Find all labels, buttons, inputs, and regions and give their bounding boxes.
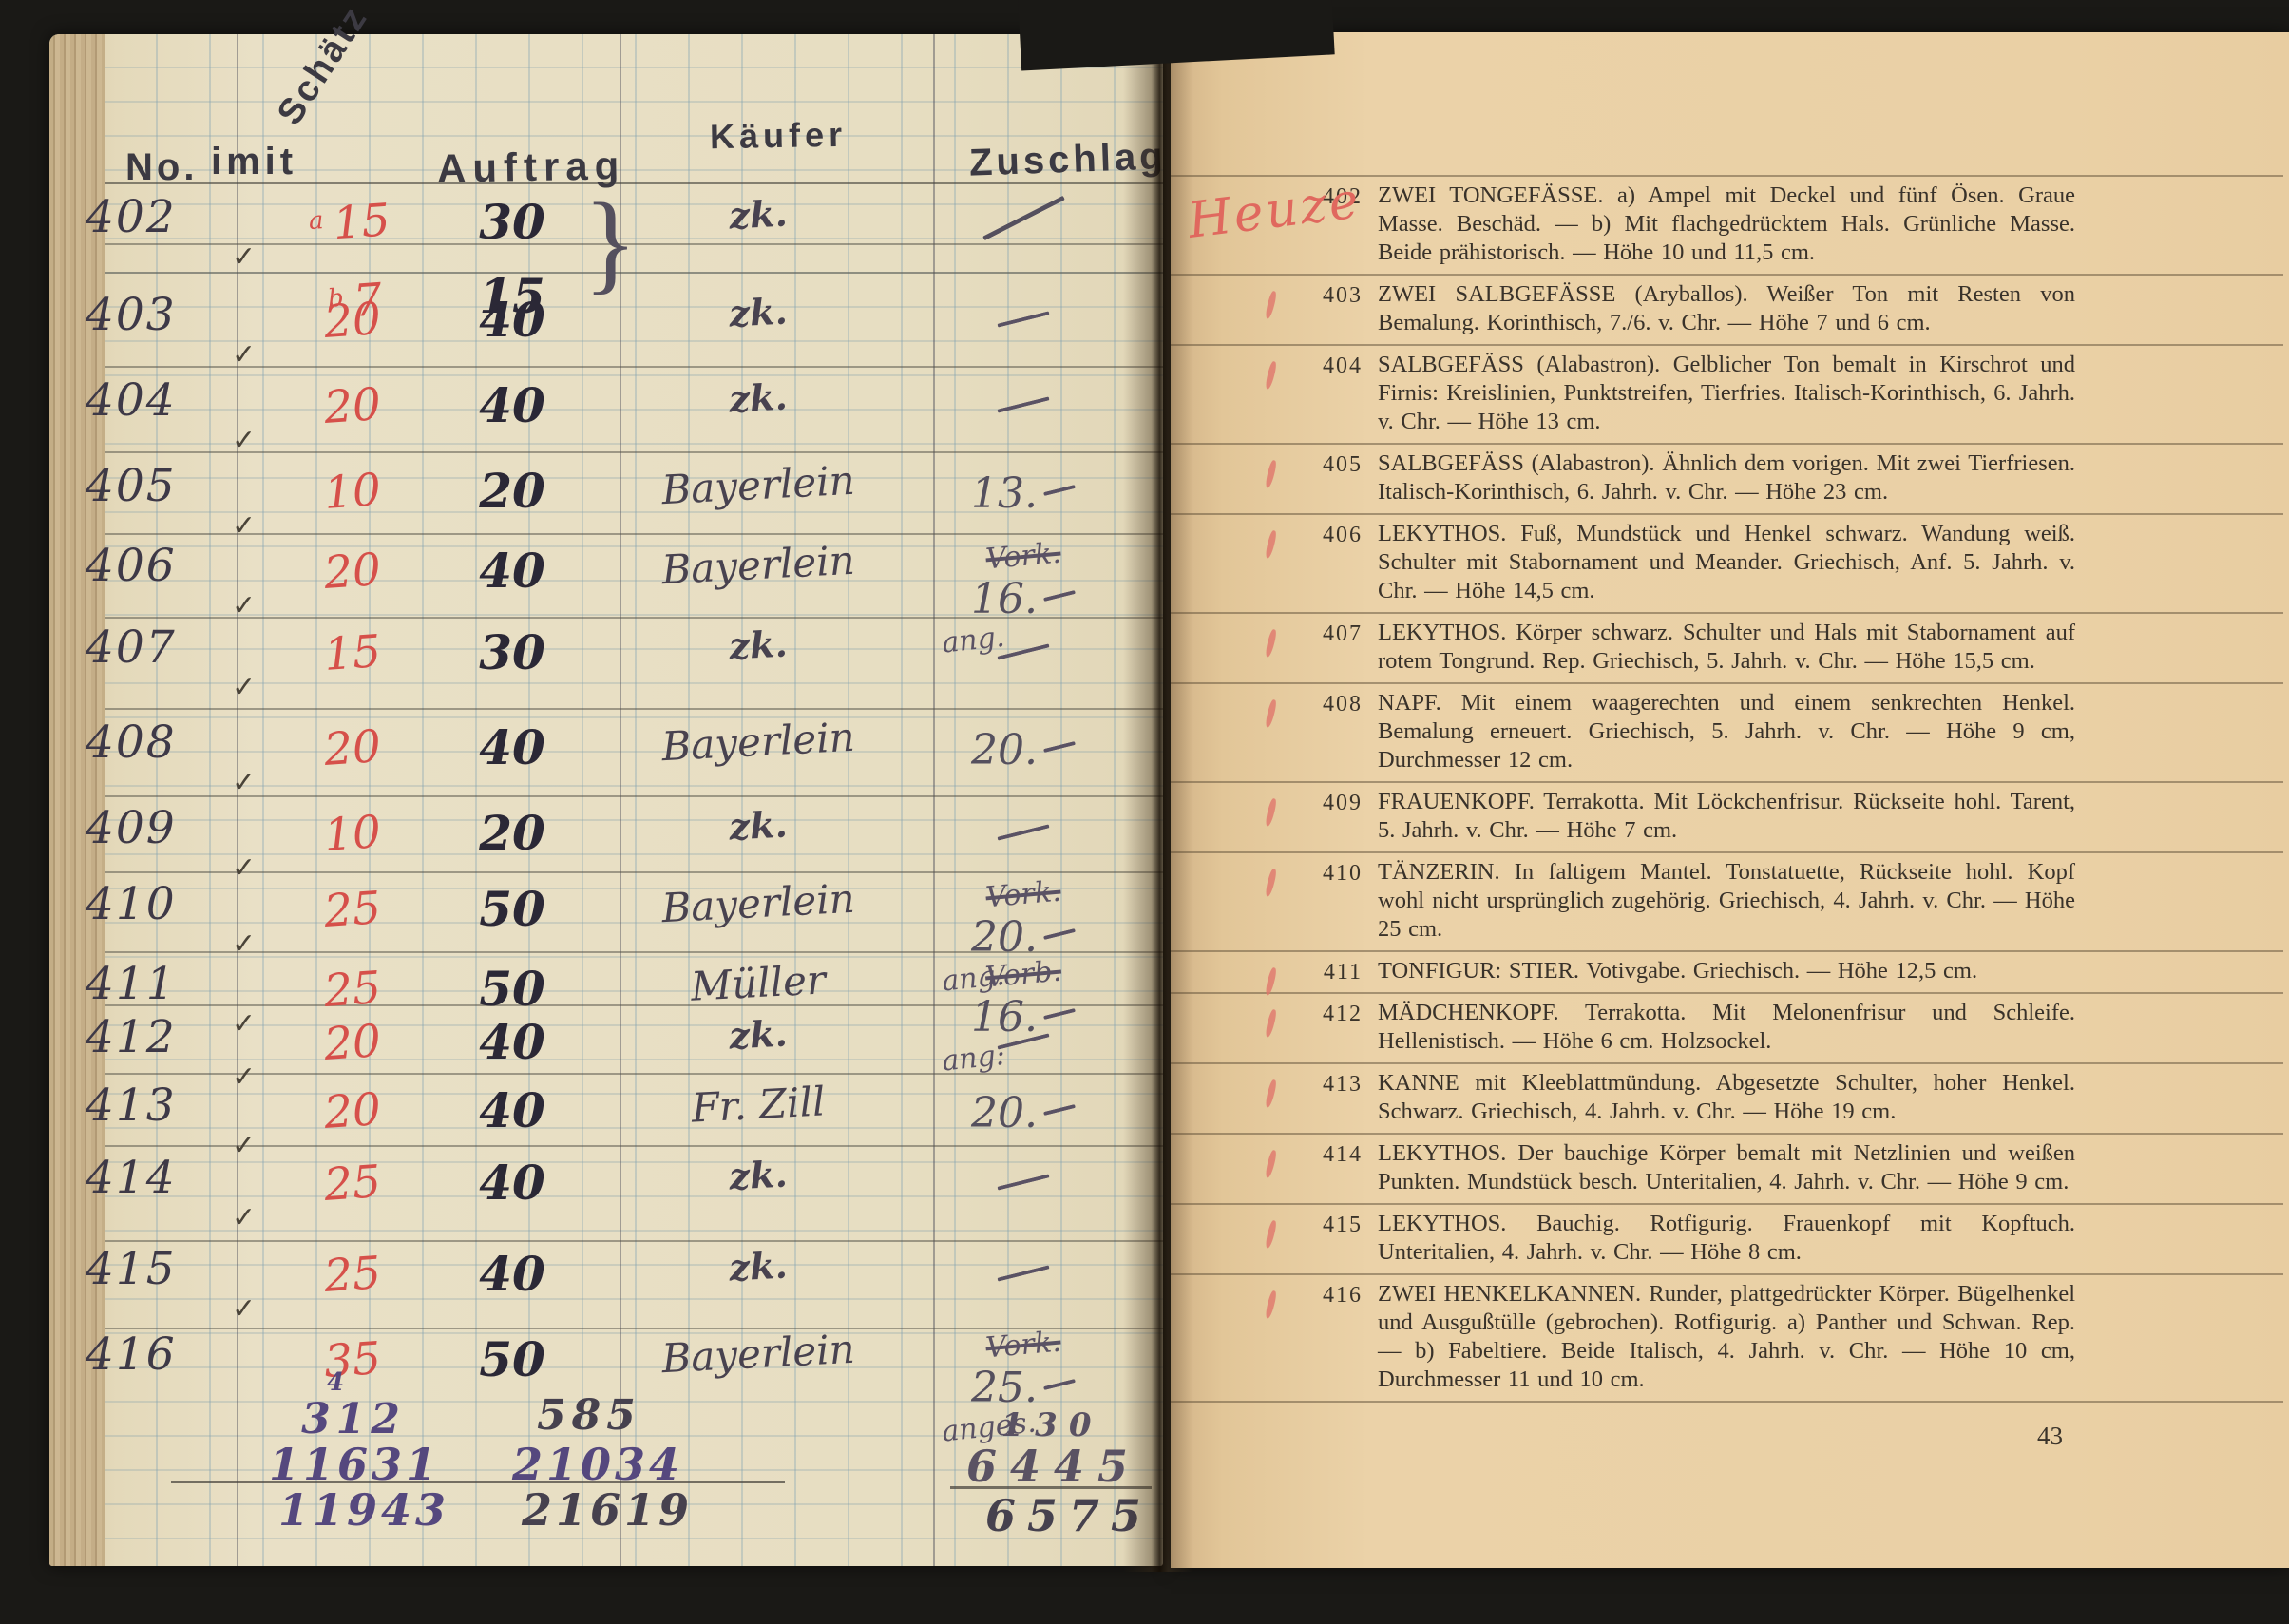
entry-number: 413 xyxy=(1171,1069,1378,1126)
ledger-row: 408 ✓ 20 40 Bayerlein 20. xyxy=(49,716,1163,804)
check-mark: ✓ xyxy=(232,338,256,372)
limit-cell: 25 xyxy=(274,1233,432,1316)
hammer-price-cell xyxy=(928,1011,1118,1047)
estimate-cell: 40 xyxy=(431,283,593,357)
entry-text: LEKYTHOS. Körper schwarz. Schulter und H… xyxy=(1378,619,2075,676)
hammer-price-cell: 13. xyxy=(928,460,1118,518)
ledger-row: 409 ✓ 10 20 zk. xyxy=(49,802,1163,889)
catalog-entry: 409 FRAUENKOPF. Terrakotta. Mit Löckchen… xyxy=(1171,783,2283,853)
page-number: 43 xyxy=(2037,1422,2063,1451)
book-gutter xyxy=(1123,29,1193,1572)
catalog-page: Heuze 402 ZWEI TONGEFÄSSE. a) Ampel mit … xyxy=(1171,32,2289,1568)
limit-cell: 35 xyxy=(274,1319,432,1402)
entry-number: 414 xyxy=(1171,1139,1378,1196)
header-no: No. xyxy=(125,146,198,189)
lot-number: 412 xyxy=(86,1011,177,1063)
catalog-entry: 410 TÄNZERIN. In faltigem Mantel. Tonsta… xyxy=(1171,853,2283,952)
entry-text: SALBGEFÄSS (Alabastron). Ähnlich dem vor… xyxy=(1378,449,2075,506)
entry-text: LEKYTHOS. Bauchig. Rotfigurig. Frauenkop… xyxy=(1378,1210,2075,1267)
total-limit-1: 312 xyxy=(277,1395,429,1443)
total-zuschlag-carry: 130 xyxy=(985,1406,1118,1444)
limit-cell: 20 xyxy=(274,707,432,790)
entry-text: ZWEI HENKELKANNEN. Runder, plattgedrückt… xyxy=(1378,1280,2075,1394)
header-limit: imit xyxy=(211,141,297,183)
limit-cell: 20 xyxy=(274,279,432,362)
catalog-entry: 408 NAPF. Mit einem waagerechten und ein… xyxy=(1171,684,2283,783)
lot-number: 405 xyxy=(86,460,177,512)
buyer-cell: Fr. Zill xyxy=(592,1073,925,1137)
check-mark: ✓ xyxy=(232,509,256,543)
entry-number: 407 xyxy=(1171,619,1378,676)
hammer-price-cell: 20. xyxy=(928,1079,1118,1137)
estimate-cell: 20 xyxy=(431,454,593,528)
estimate-cell: 40 xyxy=(431,534,593,608)
estimate-cell: 40 xyxy=(431,369,593,443)
total-schatz-3: 21619 xyxy=(488,1484,726,1536)
limit-cell: 25 xyxy=(274,869,432,951)
catalog-entries: 402 ZWEI TONGEFÄSSE. a) Ampel mit Deckel… xyxy=(1171,175,2283,1403)
estimate-cell: 40 xyxy=(431,711,593,785)
catalog-entry: 413 KANNE mit Kleeblattmündung. Abgesetz… xyxy=(1171,1064,2283,1135)
catalog-entry: 406 LEKYTHOS. Fuß, Mundstück und Henkel … xyxy=(1171,515,2283,614)
estimate-cell: 20 xyxy=(431,796,593,870)
entry-text: ZWEI SALBGEFÄSSE (Aryballos). Weißer Ton… xyxy=(1378,280,2075,337)
lot-number: 411 xyxy=(86,958,177,1010)
ledger-row: 404 ✓ 20 40 zk. xyxy=(49,374,1163,462)
lot-number: 413 xyxy=(86,1079,177,1132)
buyer-cell: zk. xyxy=(592,282,925,342)
lot-number: 416 xyxy=(86,1328,177,1381)
scanned-book-spread: No. imit Schätz Auftrag Käufer Zuschlag … xyxy=(0,0,2289,1624)
catalog-entry: 415 LEKYTHOS. Bauchig. Rotfigurig. Fraue… xyxy=(1171,1205,2283,1275)
lot-number: 406 xyxy=(86,540,177,592)
ledger-row: 410 ✓ 25 50 Bayerlein Vork.20.ang. xyxy=(49,878,1163,965)
total-carry: 4 xyxy=(327,1368,344,1397)
estimate-cell: 40 xyxy=(431,1237,593,1311)
entry-text: NAPF. Mit einem waagerechten und einem s… xyxy=(1378,689,2075,774)
catalog-entry: 416 ZWEI HENKELKANNEN. Runder, plattgedr… xyxy=(1171,1275,2283,1403)
hammer-price-cell xyxy=(928,621,1118,658)
hammer-price-cell xyxy=(928,374,1118,411)
catalog-entry: 414 LEKYTHOS. Der bauchige Körper bemalt… xyxy=(1171,1135,2283,1205)
estimate-cell: 50 xyxy=(431,1323,593,1397)
lot-number: 415 xyxy=(86,1243,177,1295)
entry-text: MÄDCHENKOPF. Terrakotta. Mit Melonenfris… xyxy=(1378,999,2075,1056)
ledger-row: 407 ✓ 15 30 zk. xyxy=(49,621,1163,709)
check-mark: ✓ xyxy=(232,766,256,799)
ledger-row: 406 ✓ 20 40 Bayerlein Vork.16.ang. xyxy=(49,540,1163,627)
hammer-price-cell xyxy=(928,802,1118,838)
buyer-cell: zk. xyxy=(592,368,925,428)
limit-cell: 15 xyxy=(274,612,432,695)
buyer-cell: zk. xyxy=(592,184,925,244)
lot-number: 403 xyxy=(86,289,177,341)
buyer-cell: Bayerlein xyxy=(592,533,925,597)
entry-number: 415 xyxy=(1171,1210,1378,1267)
estimate-cell: 40 xyxy=(431,1146,593,1220)
catalog-entry: 407 LEKYTHOS. Körper schwarz. Schulter u… xyxy=(1171,614,2283,684)
entry-number: 409 xyxy=(1171,788,1378,845)
catalog-entry: 411 TONFIGUR: STIER. Votivgabe. Griechis… xyxy=(1171,952,2283,994)
catalog-entry: 403 ZWEI SALBGEFÄSSE (Aryballos). Weißer… xyxy=(1171,276,2283,346)
hammer-price-cell xyxy=(928,191,1118,224)
total-rule-left xyxy=(171,1481,785,1483)
estimate-cell: 50 xyxy=(431,872,593,946)
catalog-entry: 405 SALBGEFÄSS (Alabastron). Ähnlich dem… xyxy=(1171,445,2283,515)
buyer-cell: zk. xyxy=(592,795,925,855)
lot-number: 408 xyxy=(86,716,177,769)
ledger-row: 402 ✓ a15b7 3015 } zk. xyxy=(49,191,1163,278)
limit-cell: 20 xyxy=(274,365,432,448)
lot-number: 407 xyxy=(86,621,177,674)
limit-cell: 10 xyxy=(274,793,432,875)
ledger-row: 403 ✓ 20 40 zk. xyxy=(49,289,1163,376)
ledger-page: No. imit Schätz Auftrag Käufer Zuschlag … xyxy=(49,34,1163,1566)
total-rule-right xyxy=(950,1486,1152,1489)
buyer-cell: Müller xyxy=(592,951,925,1015)
hammer-price-cell xyxy=(928,1243,1118,1279)
buyer-cell: zk. xyxy=(592,1004,925,1064)
total-limit-3: 11943 xyxy=(245,1484,483,1536)
lot-number: 414 xyxy=(86,1152,177,1204)
limit-cell: 20 xyxy=(274,530,432,613)
check-mark: ✓ xyxy=(232,240,256,274)
hammer-price-cell xyxy=(928,289,1118,325)
catalog-entry: 404 SALBGEFÄSS (Alabastron). Gelblicher … xyxy=(1171,346,2283,445)
entry-text: SALBGEFÄSS (Alabastron). Gelblicher Ton … xyxy=(1378,351,2075,436)
entry-text: TÄNZERIN. In faltigem Mantel. Tonstatuet… xyxy=(1378,858,2075,944)
entry-text: LEKYTHOS. Fuß, Mundstück und Henkel schw… xyxy=(1378,520,2075,605)
check-mark: ✓ xyxy=(232,424,256,457)
entry-text: FRAUENKOPF. Terrakotta. Mit Löckchenfris… xyxy=(1378,788,2075,845)
buyer-cell: Bayerlein xyxy=(592,871,925,935)
entry-text: TONFIGUR: STIER. Votivgabe. Griechisch. … xyxy=(1378,957,2075,985)
header-kaeufer: Käufer xyxy=(710,115,848,158)
entry-text: KANNE mit Kleeblattmündung. Abgesetzte S… xyxy=(1378,1069,2075,1126)
buyer-cell: Bayerlein xyxy=(592,453,925,517)
check-mark: ✓ xyxy=(232,1292,256,1326)
catalog-entry: 412 MÄDCHENKOPF. Terrakotta. Mit Melonen… xyxy=(1171,994,2283,1064)
total-schatz-1: 585 xyxy=(504,1391,675,1440)
buyer-cell: zk. xyxy=(592,1236,925,1296)
ledger-row: 415 ✓ 25 40 zk. xyxy=(49,1243,1163,1330)
lot-number: 410 xyxy=(86,878,177,930)
entry-number: 405 xyxy=(1171,449,1378,506)
check-mark: ✓ xyxy=(232,589,256,622)
buyer-cell: Bayerlein xyxy=(592,710,925,774)
check-mark: ✓ xyxy=(232,1201,256,1234)
lot-number: 404 xyxy=(86,374,177,427)
buyer-cell: zk. xyxy=(592,615,925,675)
buyer-cell: Bayerlein xyxy=(592,1322,925,1385)
entry-text: ZWEI TONGEFÄSSE. a) Ampel mit Deckel und… xyxy=(1378,182,2075,267)
limit-cell: 25 xyxy=(274,1142,432,1225)
lot-number: 402 xyxy=(86,191,177,243)
lot-number: 409 xyxy=(86,802,177,854)
estimate-cell: 40 xyxy=(431,1074,593,1148)
entry-number: 412 xyxy=(1171,999,1378,1056)
limit-cell: 10 xyxy=(274,450,432,533)
buyer-cell: zk. xyxy=(592,1145,925,1205)
entry-text: LEKYTHOS. Der bauchige Körper bemalt mit… xyxy=(1378,1139,2075,1196)
limit-cell: 20 xyxy=(274,1070,432,1153)
estimate-cell: 30 xyxy=(431,616,593,690)
ledger-row: 414 ✓ 25 40 zk. xyxy=(49,1152,1163,1239)
ledger-row: 405 ✓ 10 20 Bayerlein 13. xyxy=(49,460,1163,547)
hammer-price-cell: 20. xyxy=(928,716,1118,774)
estimate-cell: 40 xyxy=(431,1005,593,1079)
check-mark: ✓ xyxy=(232,927,256,961)
entry-number: 403 xyxy=(1171,280,1378,337)
check-mark: ✓ xyxy=(232,671,256,704)
hammer-price-cell xyxy=(928,1152,1118,1188)
